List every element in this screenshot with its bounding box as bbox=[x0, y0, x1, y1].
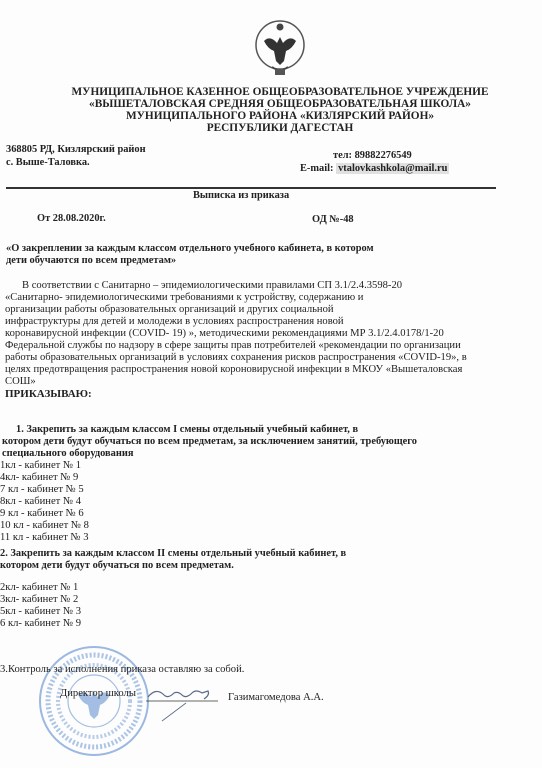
shift2-item: 3кл- кабинет № 2 bbox=[0, 594, 78, 607]
shift1-item: 9 кл - кабинет № 6 bbox=[0, 508, 84, 521]
header-divider bbox=[6, 187, 496, 189]
shift2-item: 6 кл- кабинет № 9 bbox=[0, 618, 81, 631]
address-line-1: 368805 РД, Кизлярский район bbox=[6, 144, 146, 155]
signer-name: Газимагомедова А.А. bbox=[228, 692, 324, 705]
shift1-item: 4кл- кабинет № 9 bbox=[0, 472, 78, 485]
item1-line-1: 1. Закрепить за каждым классом I смены о… bbox=[16, 424, 358, 435]
preamble-line-4: инфраструктуры для детей и молодежи в ус… bbox=[5, 316, 344, 329]
item3-control: 3.Контроль за исполнения приказа оставля… bbox=[0, 664, 244, 677]
preamble-line-5: коронавирусной инфекции (COVID- 19) », м… bbox=[5, 328, 444, 341]
phone: тел: 89882276549 bbox=[333, 150, 412, 161]
subject-line-2: дети обучаются по всем предметам» bbox=[6, 255, 176, 266]
item2-line-2: котором дети будут обучаться по всем пре… bbox=[0, 560, 234, 571]
preamble-line-8: целях предотвращения распространения нов… bbox=[5, 364, 462, 377]
header-line-2: «ВЫШЕТАЛОВСКАЯ СРЕДНЯЯ ОБЩЕОБРАЗОВАТЕЛЬН… bbox=[40, 98, 520, 110]
item1-line-2: котором дети будут обучаться по всем пре… bbox=[2, 436, 417, 447]
doc-number: ОД №-48 bbox=[312, 214, 354, 225]
official-stamp bbox=[38, 645, 150, 757]
coat-of-arms-emblem bbox=[250, 15, 310, 85]
item1-line-3: специального оборудования bbox=[2, 448, 133, 459]
preamble-line-6: Федеральной службы по надзору в сфере за… bbox=[5, 340, 461, 353]
signer-title: Директор школы bbox=[60, 688, 136, 701]
preamble-line-1: В соответствии с Санитарно – эпидемиолог… bbox=[22, 280, 402, 293]
doc-date: От 28.08.2020г. bbox=[37, 213, 106, 224]
shift2-item: 5кл - кабинет № 3 bbox=[0, 606, 81, 619]
email-label: E-mail: bbox=[300, 163, 333, 174]
shift2-item: 2кл- кабинет № 1 bbox=[0, 582, 78, 595]
doc-title: Выписка из приказа bbox=[193, 190, 289, 201]
email-row: E-mail: vtalovkashkola@mail.ru bbox=[300, 163, 449, 174]
subject-line-1: «О закреплении за каждым классом отдельн… bbox=[6, 243, 374, 254]
shift1-item: 7 кл - кабинет № 5 bbox=[0, 484, 84, 497]
order-word: ПРИКАЗЫВАЮ: bbox=[5, 388, 92, 400]
header-line-1: МУНИЦИПАЛЬНОЕ КАЗЕННОЕ ОБЩЕОБРАЗОВАТЕЛЬН… bbox=[40, 86, 520, 98]
header-line-4: РЕСПУБЛИКИ ДАГЕСТАН bbox=[40, 122, 520, 134]
shift1-item: 10 кл - кабинет № 8 bbox=[0, 520, 89, 533]
address-line-2: с. Выше-Таловка. bbox=[6, 157, 90, 168]
shift1-item: 11 кл - кабинет № 3 bbox=[0, 532, 89, 545]
header-line-3: МУНИЦИПАЛЬНОГО РАЙОНА «КИЗЛЯРСКИЙ РАЙОН» bbox=[40, 110, 520, 122]
preamble-line-2: «Санитарно- эпидемиологическими требован… bbox=[5, 292, 363, 305]
item2-line-1: 2. Закрепить за каждым классом II смены … bbox=[0, 548, 346, 559]
email-link[interactable]: vtalovkashkola@mail.ru bbox=[336, 163, 449, 174]
shift1-item: 1кл - кабинет № 1 bbox=[0, 460, 81, 473]
shift1-item: 8кл - кабинет № 4 bbox=[0, 496, 81, 509]
signature bbox=[138, 683, 222, 723]
preamble-line-3: организации работы образовательных орган… bbox=[5, 304, 334, 317]
preamble-line-7: работы образовательных организаций в усл… bbox=[5, 352, 467, 365]
preamble-line-9: СОШ» bbox=[5, 376, 36, 389]
